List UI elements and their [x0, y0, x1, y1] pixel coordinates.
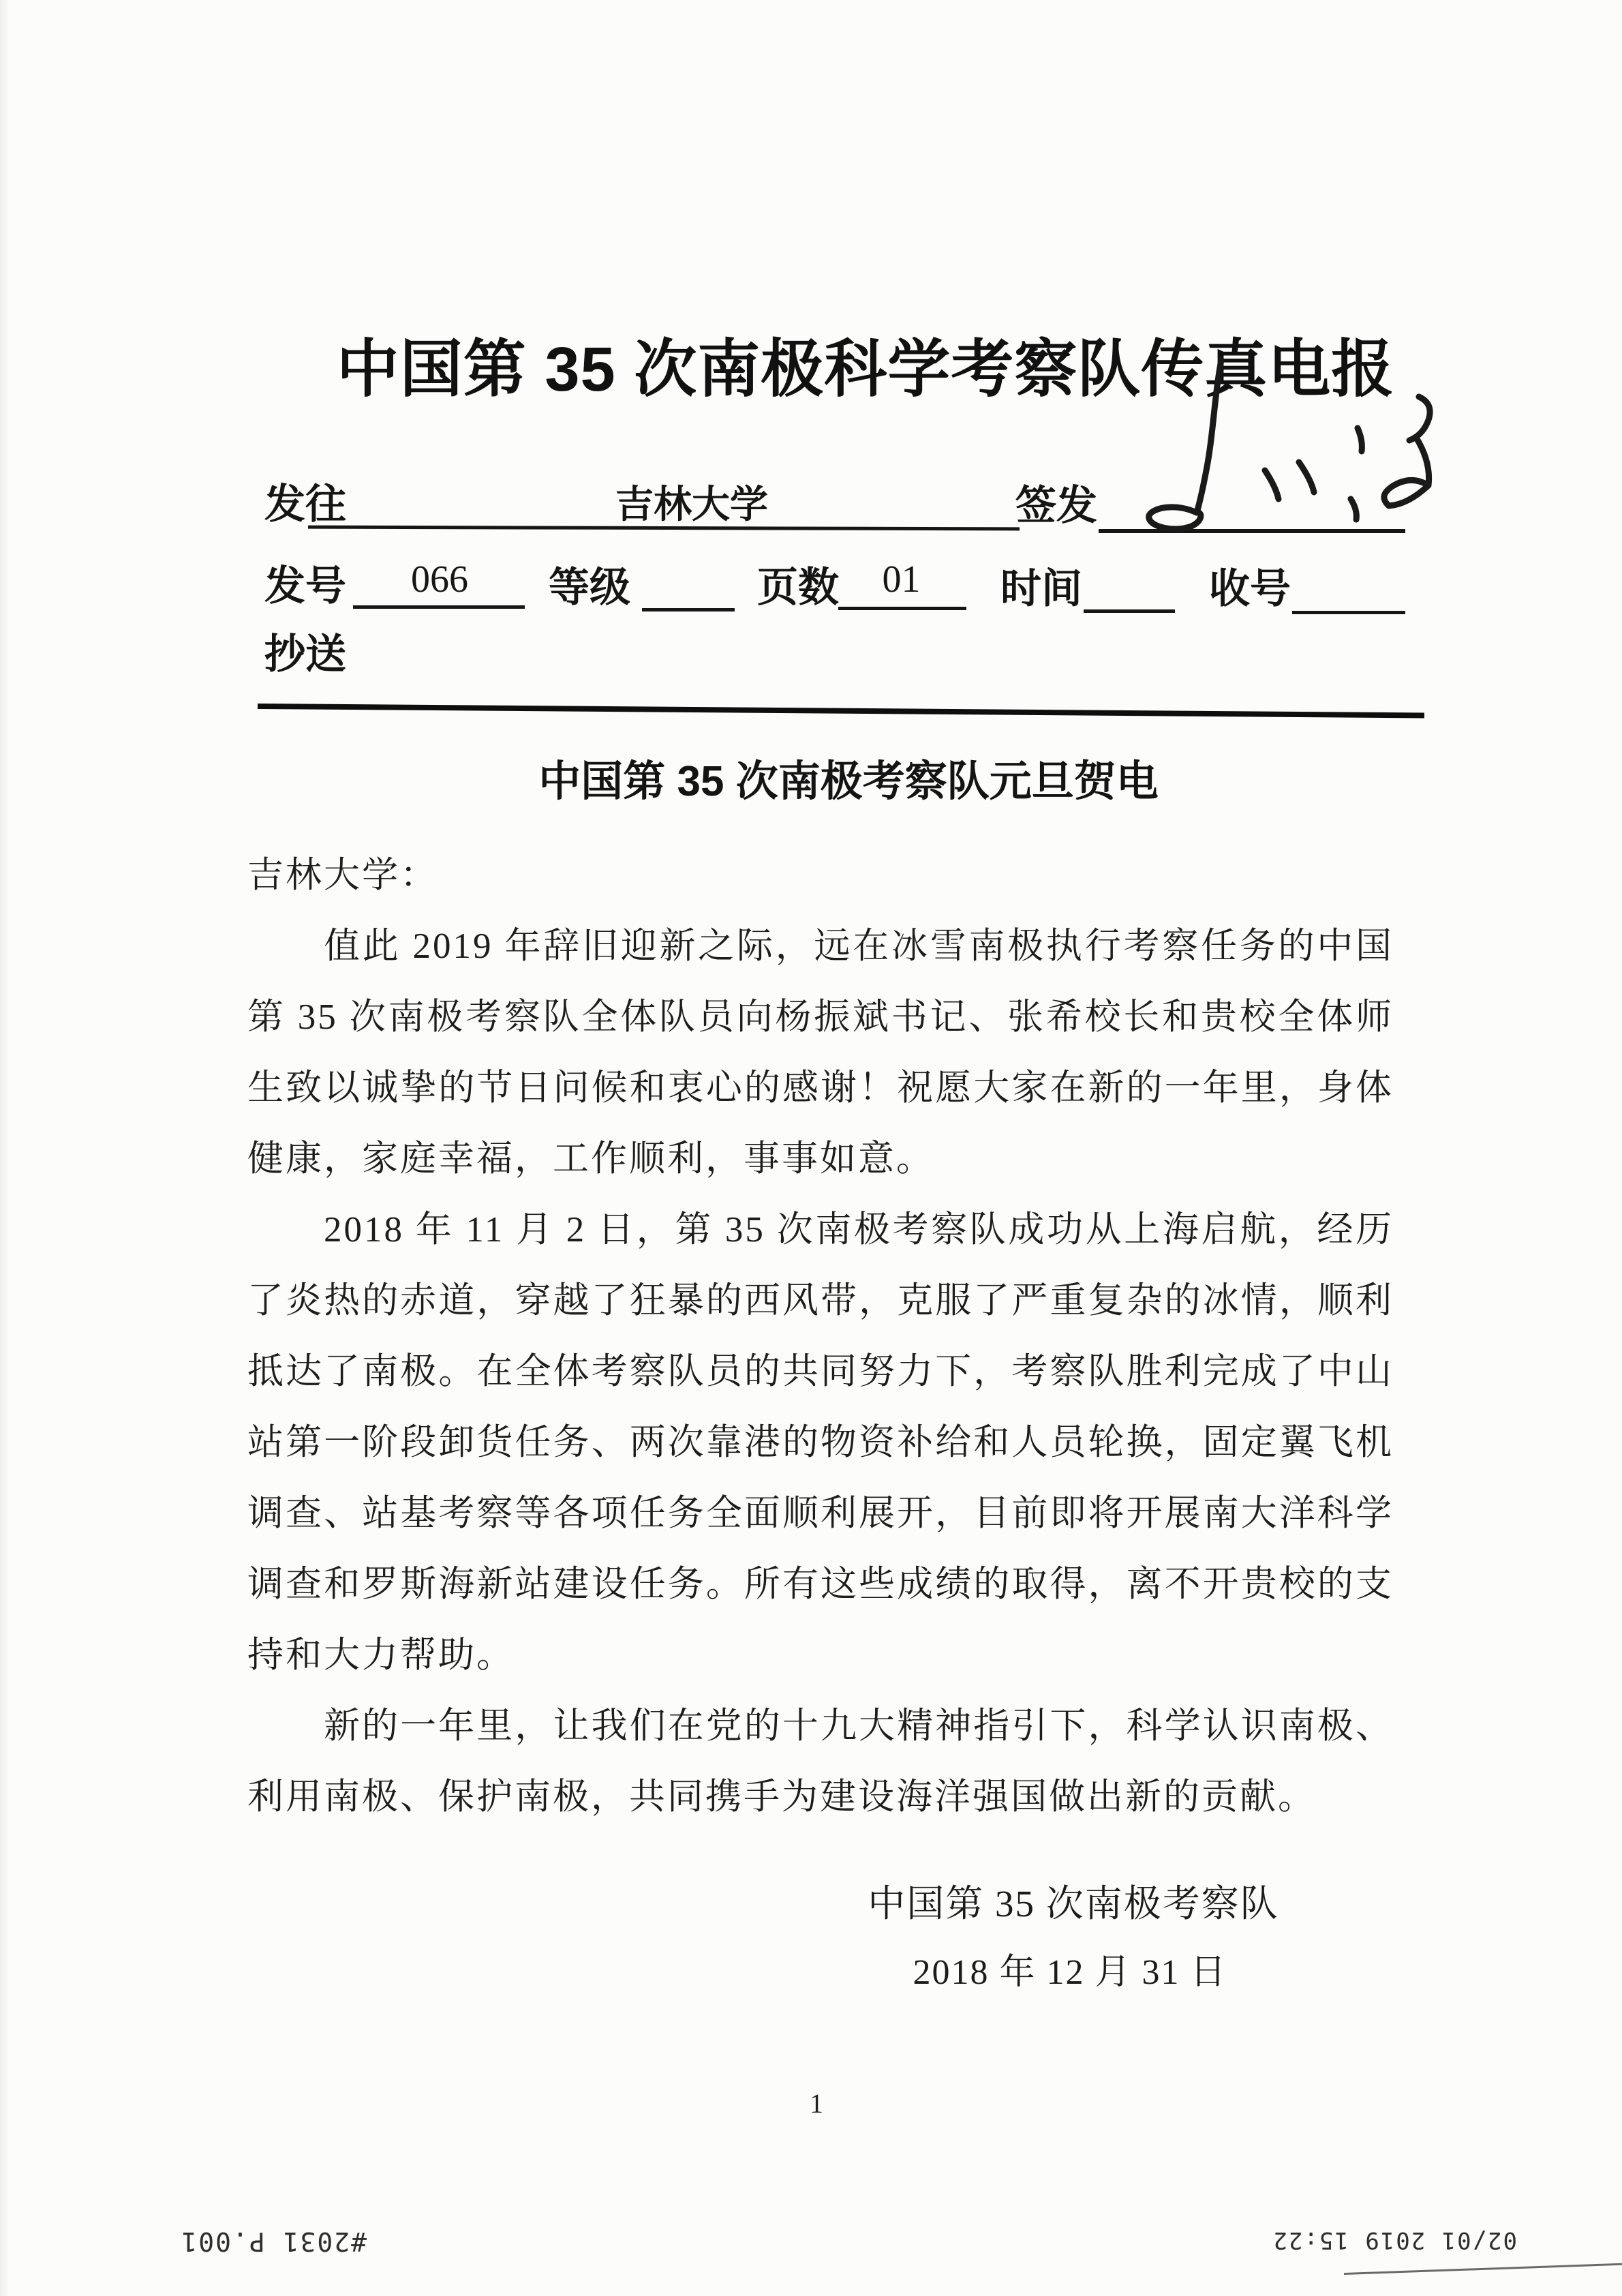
letter-salutation: 吉林大学： — [247, 840, 1394, 911]
field-sendno-label: 发号 — [264, 554, 346, 612]
field-to-value: 吉林大学 — [600, 474, 784, 529]
time-underline — [1084, 609, 1175, 613]
field-sendno-value: 066 — [368, 558, 511, 601]
header-divider-line — [258, 704, 1424, 718]
field-pages-label: 页数 — [757, 555, 839, 614]
to-underline — [308, 526, 1020, 531]
sendno-underline — [353, 605, 525, 609]
page-number: 1 — [796, 2087, 837, 2119]
field-pages-value: 01 — [838, 558, 964, 601]
signature-handwriting — [1111, 354, 1465, 545]
pages-underline — [838, 607, 966, 610]
field-signedby-label: 签发 — [1015, 473, 1097, 532]
letter-paragraph-3: 新的一年里，让我们在党的十九大精神指引下，科学认识南极、利用南极、保护南极，共同… — [247, 1691, 1394, 1832]
recvno-underline — [1292, 611, 1405, 614]
fax-stamp-right: 02/01 2019 15:22 — [1285, 2226, 1517, 2254]
letter-title: 中国第 35 次南极考察队元旦贺电 — [498, 747, 1199, 808]
letter-signoff: 中国第 35 次南极考察队 — [855, 1873, 1291, 1927]
field-to-label: 发往 — [264, 472, 346, 530]
field-time-label: 时间 — [1000, 556, 1082, 615]
letter-date: 2018 年 12 月 31 日 — [886, 1943, 1254, 1994]
scan-edge-artifact — [0, 0, 10, 2296]
grade-underline — [642, 608, 735, 611]
letter-paragraph-1: 值此 2019 年辞旧迎新之际，远在冰雪南极执行考察任务的中国第 35 次南极考… — [247, 911, 1394, 1194]
field-recvno-label: 收号 — [1209, 556, 1291, 615]
letter-paragraph-2: 2018 年 11 月 2 日，第 35 次南极考察队成功从上海启航，经历了炎热… — [247, 1194, 1394, 1691]
letter-body: 吉林大学： 值此 2019 年辞旧迎新之际，远在冰雪南极执行考察任务的中国第 3… — [247, 840, 1394, 1832]
scan-line-artifact — [1344, 2263, 1622, 2275]
field-cc-label: 抄送 — [264, 622, 346, 680]
field-grade-label: 等级 — [549, 555, 630, 614]
fax-stamp-left: #2031 P.001 — [189, 2226, 367, 2256]
fax-document-page: 中国第 35 次南极科学考察队传真电报 发往 吉林大学 签发 发号 066 等级… — [0, 0, 1622, 2296]
